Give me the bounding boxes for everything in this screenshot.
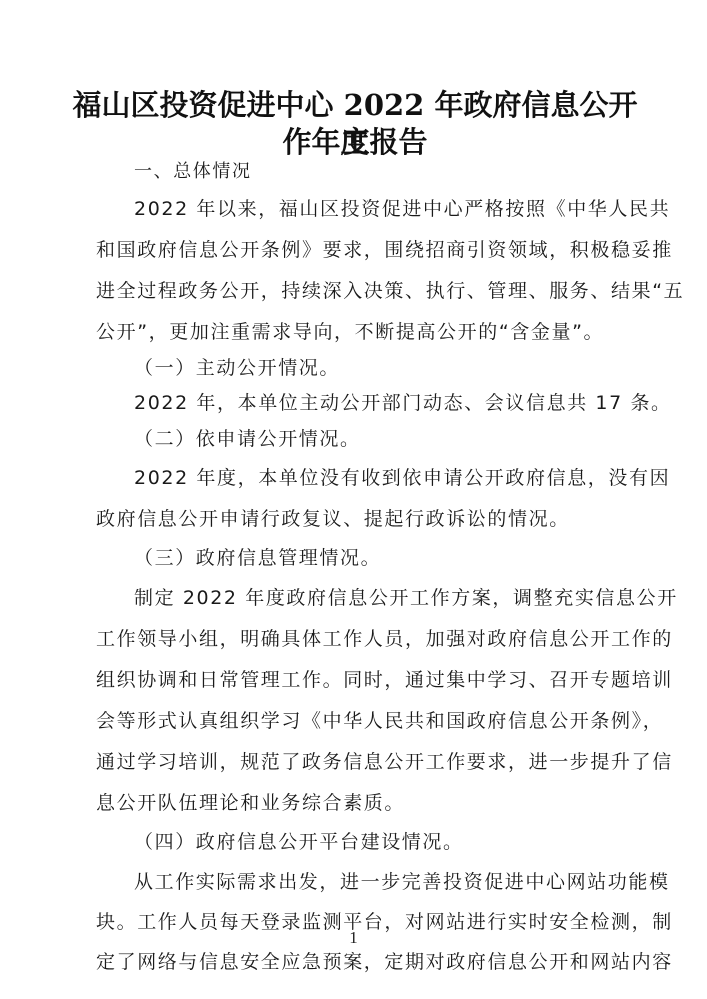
paragraph-line: 公开”，更加注重需求导向，不断提高公开的“含金量”。	[96, 320, 616, 344]
paragraph-line: 从工作实际需求出发，进一步完善投资促进中心网站功能模	[134, 870, 616, 894]
paragraph-line: 2022 年以来，福山区投资促进中心严格按照《中华人民共	[134, 197, 616, 221]
paragraph-line: 政府信息公开申请行政复议、提起行政诉讼的情况。	[96, 507, 616, 531]
paragraph-line: 工作领导小组，明确具体工作人员，加强对政府信息公开工作的	[96, 627, 616, 651]
document-title-line-2: 作年度报告	[60, 123, 650, 161]
document-page: 福山区投资促进中心 2022 年政府信息公开工 作年度报告 一、总体情况 202…	[0, 0, 707, 999]
paragraph-line: 和国政府信息公开条例》要求，围绕招商引资领域，积极稳妥推	[96, 238, 616, 262]
subheading-platform-construction: （四）政府信息公开平台建设情况。	[134, 830, 654, 854]
paragraph-line: 会等形式认真组织学习《中华人民共和国政府信息公开条例》，	[96, 709, 616, 733]
paragraph-line: 制定 2022 年度政府信息公开工作方案，调整充实信息公开	[134, 586, 616, 610]
paragraph-line: 组织协调和日常管理工作。同时，通过集中学习、召开专题培训	[96, 668, 616, 692]
paragraph-line: 进全过程政务公开，持续深入决策、执行、管理、服务、结果“五	[96, 279, 616, 303]
subheading-proactive-disclosure: （一）主动公开情况。	[134, 356, 654, 380]
paragraph-line: 2022 年，本单位主动公开部门动态、会议信息共 17 条。	[134, 391, 654, 415]
paragraph-line: 定了网络与信息安全应急预案，定期对政府信息公开和网站内容	[96, 950, 616, 974]
paragraph-line: 通过学习培训，规范了政务信息公开工作要求，进一步提升了信	[96, 750, 616, 774]
page-number: 1	[0, 928, 707, 948]
subheading-application-disclosure: （二）依申请公开情况。	[134, 427, 654, 451]
paragraph-line: 2022 年度，本单位没有收到依申请公开政府信息，没有因	[134, 466, 616, 490]
section-heading-overview: 一、总体情况	[134, 160, 654, 184]
subheading-information-management: （三）政府信息管理情况。	[134, 546, 654, 570]
paragraph-line: 息公开队伍理论和业务综合素质。	[96, 791, 616, 815]
